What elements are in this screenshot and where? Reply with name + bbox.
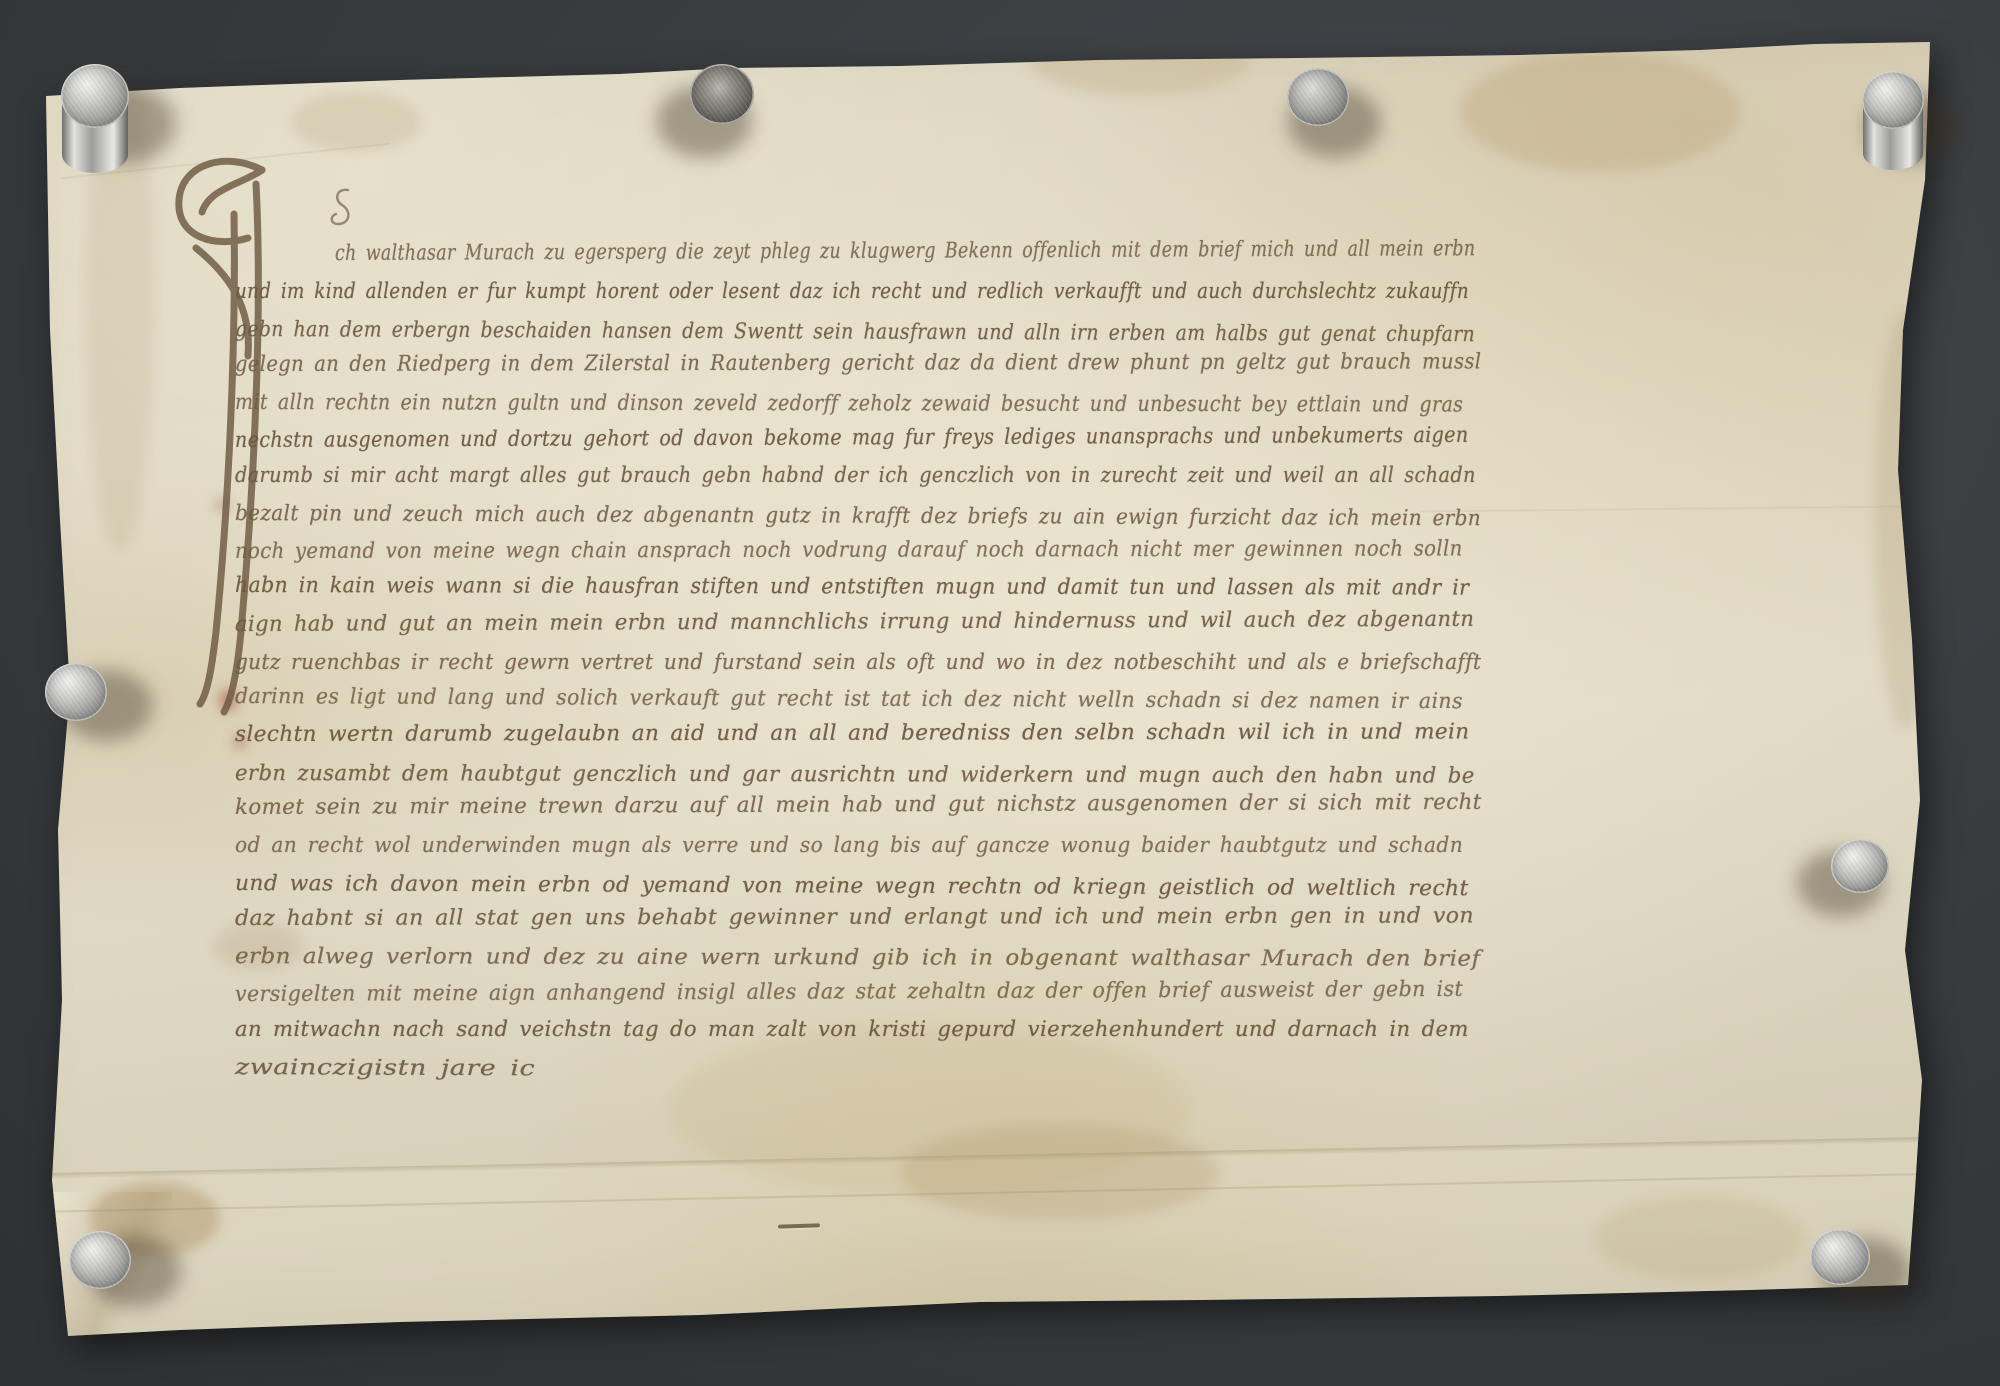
weight-top-face — [1810, 1229, 1870, 1285]
brushed-metal-texture — [690, 64, 754, 124]
weight-top-face — [1831, 839, 1889, 894]
weight-top-face — [61, 64, 129, 128]
manuscript-line: daz habnt si an all stat gen uns behabt … — [235, 897, 1474, 937]
manuscript-line: od an recht wol underwinden mugn als ver… — [235, 827, 1463, 864]
manuscript-line: darumb si mir acht margt alles gut brauc… — [235, 457, 1476, 494]
parchment-stain — [1030, 25, 1250, 95]
photo-backdrop: ch walthasar Murach zu egersperg die zey… — [0, 0, 2000, 1386]
manuscript-line: ch walthasar Murach zu egersperg die zey… — [335, 230, 1476, 272]
metal-weight-left-middle — [45, 663, 107, 721]
weight-top-face — [45, 663, 107, 721]
metal-weight-top-left — [61, 64, 129, 177]
brushed-metal-texture — [69, 1231, 131, 1289]
weight-top-face — [1287, 68, 1349, 126]
manuscript-line: gutz ruenchbas ir recht gewrn vertret un… — [235, 644, 1481, 681]
metal-weight-top-right — [1862, 71, 1924, 174]
manuscript-line: an mitwachn nach sand veichstn tag do ma… — [235, 1011, 1469, 1048]
parchment-stain — [1595, 1196, 1805, 1281]
manuscript-line: versigelten mit meine aign anhangend ins… — [235, 971, 1463, 1013]
manuscript-line: aign hab und gut an mein mein erbn und m… — [235, 600, 1474, 642]
brushed-metal-texture — [1810, 1229, 1870, 1285]
metal-weight-top-center — [690, 64, 754, 124]
manuscript-line: noch yemand von meine wegn chain ansprac… — [235, 530, 1463, 570]
manuscript-line: und im kind allenden er fur kumpt horent… — [235, 273, 1469, 310]
manuscript-text: ch walthasar Murach zu egersperg die zey… — [235, 236, 1495, 1116]
parchment-sheet: ch walthasar Murach zu egersperg die zey… — [0, 0, 2000, 1386]
weight-top-face — [69, 1231, 131, 1289]
manuscript-line: nechstn ausgenomen und dortzu gehort od … — [235, 417, 1469, 459]
weight-top-face — [690, 64, 754, 124]
brushed-metal-texture — [1831, 839, 1889, 894]
metal-weight-bottom-left — [69, 1231, 131, 1289]
parchment-wrap: ch walthasar Murach zu egersperg die zey… — [0, 0, 2000, 1386]
manuscript-line: zwainczigistn jare ic — [235, 1049, 535, 1087]
metal-weight-top-middle-right — [1287, 68, 1349, 126]
parchment-stain — [1460, 52, 1740, 172]
brushed-metal-texture — [1862, 71, 1924, 129]
metal-weight-right-middle — [1831, 839, 1889, 894]
manuscript-line: gelegn an den Riedperg in dem Zilerstal … — [235, 343, 1481, 383]
brushed-metal-texture — [1287, 68, 1349, 126]
weight-top-face — [1862, 71, 1924, 129]
brushed-metal-texture — [61, 64, 129, 128]
parchment-stain — [291, 92, 421, 152]
pen-flourish-mark — [328, 186, 358, 228]
parchment-stain — [1875, 310, 1935, 730]
brushed-metal-texture — [45, 663, 107, 721]
manuscript-line: slechtn wertn darumb zugelaubn an aid un… — [235, 714, 1470, 754]
manuscript-line: komet sein zu mir meine trewn darzu auf … — [235, 784, 1482, 826]
metal-weight-bottom-right — [1810, 1229, 1870, 1285]
